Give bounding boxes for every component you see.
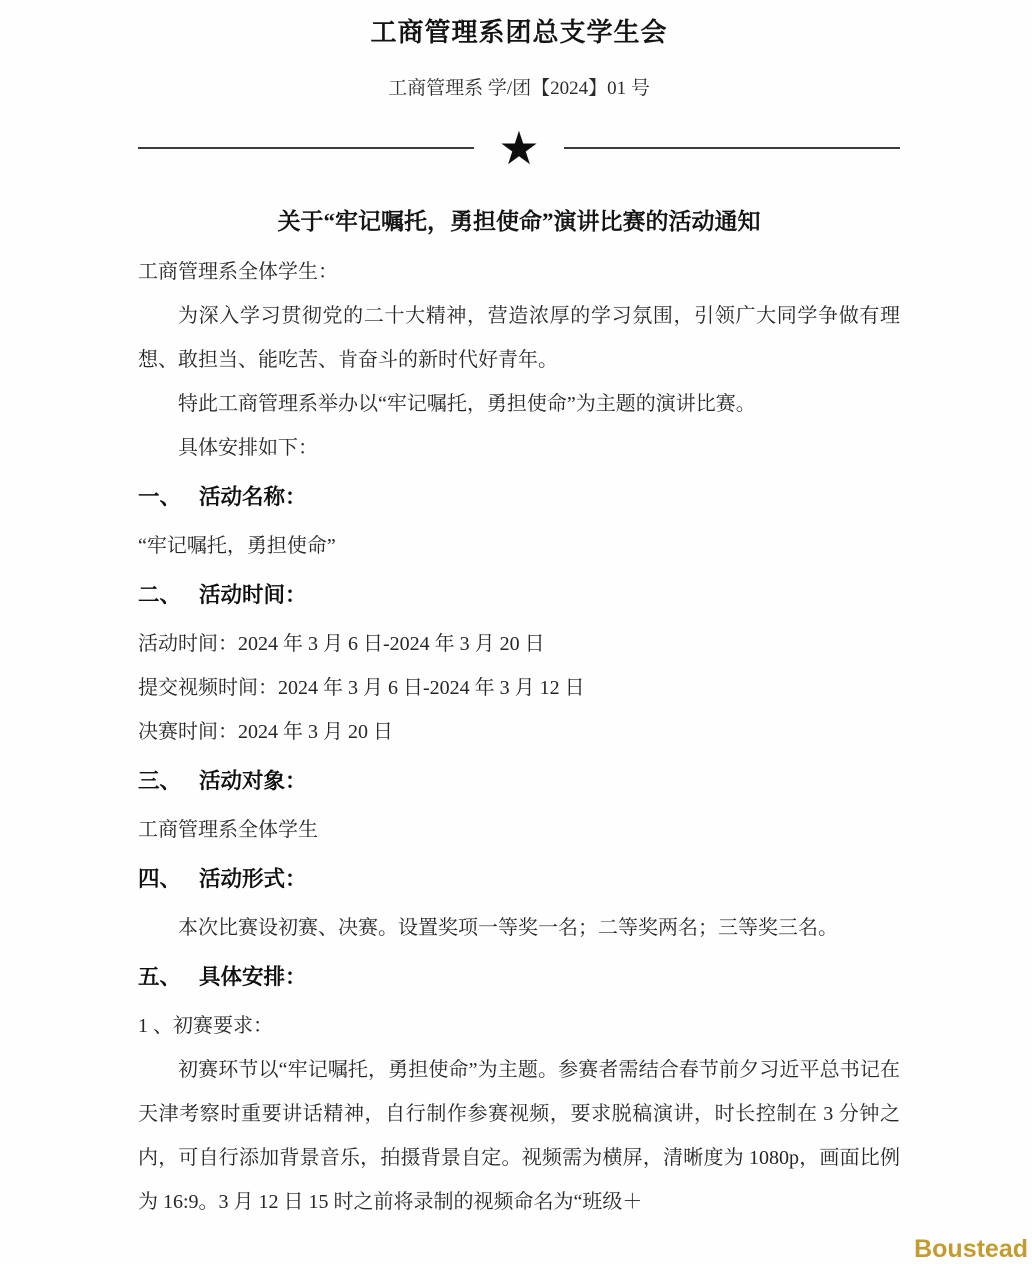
section-number: 二、 <box>138 573 181 617</box>
section-title: 活动对象： <box>199 759 307 803</box>
section-number: 三、 <box>138 759 181 803</box>
salutation: 工商管理系全体学生： <box>138 250 900 294</box>
separator-line-left <box>138 147 474 149</box>
section-line: 提交视频时间：2024 年 3 月 6 日-2024 年 3 月 12 日 <box>138 666 900 710</box>
notice-body: 工商管理系全体学生： 为深入学习贯彻党的二十大精神，营造浓厚的学习氛围，引领广大… <box>138 250 900 1224</box>
section-number: 四、 <box>138 857 181 901</box>
subsection-label: 1 、初赛要求： <box>138 1004 900 1048</box>
document-page: 工商管理系团总支学生会 工商管理系 学/团【2024】01 号 ★ 关于“牢记嘱… <box>0 0 1032 1264</box>
section-number: 一、 <box>138 475 181 519</box>
section-title: 活动形式： <box>199 857 307 901</box>
section-line: 活动时间：2024 年 3 月 6 日-2024 年 3 月 20 日 <box>138 622 900 666</box>
intro-paragraph: 为深入学习贯彻党的二十大精神，营造浓厚的学习氛围，引领广大同学争做有理想、敢担当… <box>138 294 900 382</box>
section-heading-activity-name: 一、 活动名称： <box>138 475 900 519</box>
section-paragraph: 本次比赛设初赛、决赛。设置奖项一等奖一名；二等奖两名；三等奖三名。 <box>138 906 900 950</box>
detail-paragraph: 初赛环节以“牢记嘱托，勇担使命”为主题。参赛者需结合春节前夕习近平总书记在天津考… <box>138 1048 900 1224</box>
intro-paragraph: 特此工商管理系举办以“牢记嘱托，勇担使命”为主题的演讲比赛。 <box>138 382 900 426</box>
section-heading-activity-target: 三、 活动对象： <box>138 759 900 803</box>
section-line: 工商管理系全体学生 <box>138 808 900 852</box>
boustead-watermark: Boustead <box>914 1236 1028 1262</box>
section-number: 五、 <box>138 955 181 999</box>
section-title: 活动时间： <box>199 573 307 617</box>
section-line: 决赛时间：2024 年 3 月 20 日 <box>138 710 900 754</box>
document-content: 工商管理系团总支学生会 工商管理系 学/团【2024】01 号 ★ 关于“牢记嘱… <box>0 0 1032 1224</box>
document-number: 工商管理系 学/团【2024】01 号 <box>138 76 900 102</box>
notice-title: 关于“牢记嘱托，勇担使命”演讲比赛的活动通知 <box>138 206 900 238</box>
section-heading-activity-format: 四、 活动形式： <box>138 857 900 901</box>
section-title: 活动名称： <box>199 475 307 519</box>
star-separator: ★ <box>138 124 900 172</box>
section-heading-activity-time: 二、 活动时间： <box>138 573 900 617</box>
section-line: “牢记嘱托，勇担使命” <box>138 524 900 568</box>
separator-line-right <box>564 147 900 149</box>
document-org-title: 工商管理系团总支学生会 <box>138 0 900 50</box>
section-heading-arrangements: 五、 具体安排： <box>138 955 900 999</box>
intro-paragraph: 具体安排如下： <box>138 426 900 470</box>
star-icon: ★ <box>498 124 539 172</box>
section-title: 具体安排： <box>199 955 307 999</box>
